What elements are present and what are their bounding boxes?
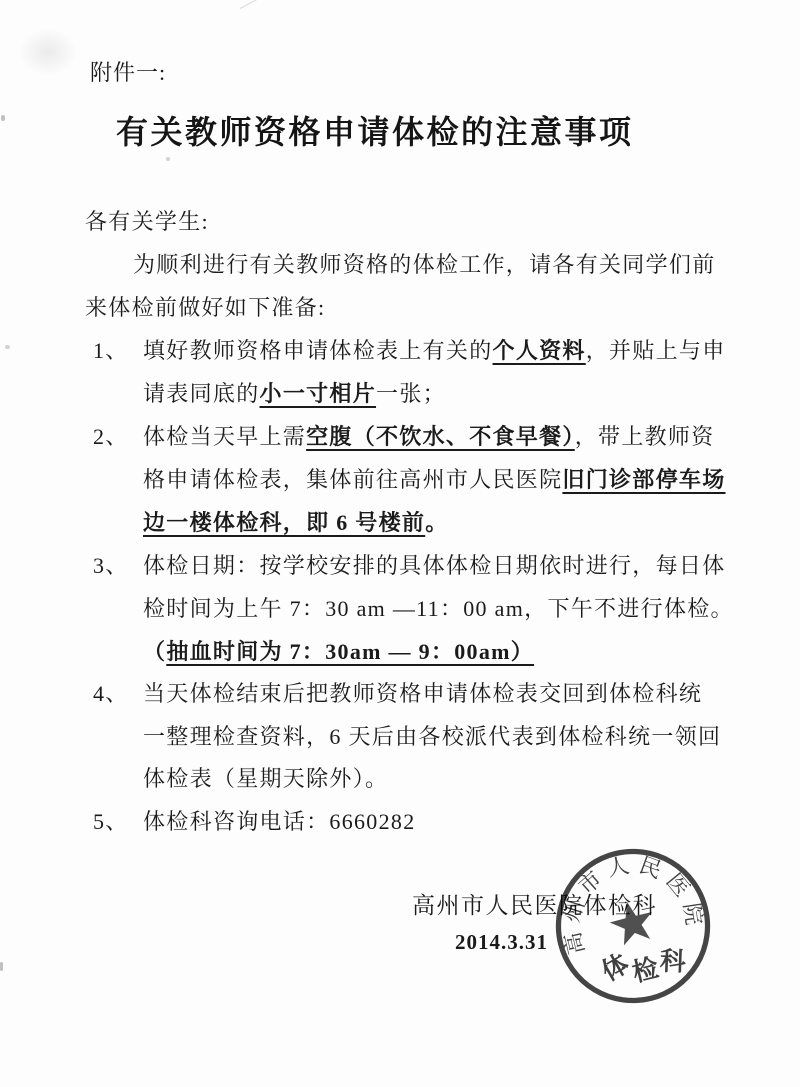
item-2-line-2: 格申请体检表，集体前往高州市人民医院旧门诊部停车场 — [143, 463, 726, 494]
seal-bottom-char: 检 — [629, 953, 661, 987]
intro-line-1: 为顺利进行有关教师资格的体检工作，请各有关同学们前 — [133, 248, 716, 279]
item-1-highlight-photo: 小一寸相片 — [260, 381, 377, 406]
item-1-text: 一张； — [376, 381, 446, 406]
item-3-line-3: （抽血时间为 7：30am — 9：00am） — [143, 635, 534, 666]
scan-speck — [5, 345, 10, 349]
scan-scratch-line — [240, 0, 320, 9]
item-3-number: 3、 — [93, 549, 143, 580]
seal-bottom-char: 体 — [597, 948, 634, 986]
seal-bottom-char: 科 — [659, 947, 686, 977]
item-3-text: （ — [143, 639, 166, 664]
item-4-line-1: 4、当天体检结束后把教师资格申请体检表交回到体检科统 — [93, 677, 702, 708]
item-2-highlight-location: 边一楼体检科，即 6 号楼前 — [143, 510, 425, 535]
item-1-text: ，并贴上与申 — [586, 338, 726, 363]
scan-speck — [0, 962, 3, 971]
item-2-number: 2、 — [93, 420, 143, 451]
item-4-text: 当天体检结束后把教师资格申请体检表交回到体检科统 — [143, 681, 702, 706]
scan-smudge — [18, 28, 78, 76]
attachment-label: 附件一: — [90, 56, 166, 87]
item-2-highlight-fasting: 空腹（不饮水、不食早餐） — [306, 424, 575, 449]
item-2-line-3: 边一楼体检科，即 6 号楼前。 — [143, 506, 449, 537]
item-3-highlight-blood-draw-time: 抽血时间为 7：30am — 9：00am） — [166, 639, 534, 664]
item-5-phone: 体检科咨询电话：6660282 — [143, 809, 416, 834]
seal-ring-text: 高州市人民医院 — [544, 836, 711, 965]
official-seal-stamp: 高州市人民医院 体 检 科 — [529, 822, 738, 1031]
item-4-text: 体检表（星期天除外）。 — [143, 766, 388, 791]
item-3-text: 检时间为上午 7：30 am —11：00 am，下午不进行体检。 — [143, 596, 734, 621]
item-1-text: 请表同底的 — [143, 381, 260, 406]
item-2-text: ，带上教师资 — [575, 424, 715, 449]
page-title: 有关教师资格申请体检的注意事项 — [116, 107, 634, 153]
seal-ring-text-path: 高州市人民医院 — [544, 836, 711, 965]
salutation: 各有关学生: — [85, 205, 209, 236]
intro-line-2: 来体检前做好如下准备: — [85, 291, 325, 322]
item-4-line-2: 一整理检查资料，6 天后由各校派代表到体检科统一领回 — [143, 720, 721, 751]
item-2-text: 体检当天早上需 — [143, 424, 306, 449]
item-3-line-2: 检时间为上午 7：30 am —11：00 am，下午不进行体检。 — [143, 592, 734, 623]
item-4-text: 一整理检查资料，6 天后由各校派代表到体检科统一领回 — [143, 724, 721, 749]
item-2-text: 。 — [425, 510, 448, 535]
signature-date: 2014.3.31 — [455, 930, 548, 955]
scan-speck — [166, 157, 170, 161]
item-1-number: 1、 — [93, 334, 143, 365]
item-3-text: 体检日期：按学校安排的具体体检日期依时进行，每日体 — [143, 553, 726, 578]
item-1-highlight-personal-info: 个人资料 — [493, 338, 586, 363]
item-5-line-1: 5、体检科咨询电话：6660282 — [93, 805, 416, 836]
scan-speck — [1, 115, 5, 121]
item-3-line-1: 3、体检日期：按学校安排的具体体检日期依时进行，每日体 — [93, 549, 726, 580]
scanned-document-page: 附件一: 有关教师资格申请体检的注意事项 各有关学生: 为顺利进行有关教师资格的… — [0, 0, 800, 1087]
item-1-line-2: 请表同底的小一寸相片一张； — [143, 377, 446, 408]
item-2-text: 格申请体检表，集体前往高州市人民医院 — [143, 467, 562, 492]
item-4-line-3: 体检表（星期天除外）。 — [143, 762, 388, 793]
item-2-line-1: 2、体检当天早上需空腹（不饮水、不食早餐），带上教师资 — [93, 420, 715, 451]
item-1-line-1: 1、填好教师资格申请体检表上有关的个人资料，并贴上与申 — [93, 334, 726, 365]
item-1-text: 填好教师资格申请体检表上有关的 — [143, 338, 493, 363]
item-5-number: 5、 — [93, 805, 143, 836]
star-icon — [606, 897, 658, 948]
item-2-highlight-location: 旧门诊部停车场 — [562, 467, 725, 492]
item-4-number: 4、 — [93, 677, 143, 708]
